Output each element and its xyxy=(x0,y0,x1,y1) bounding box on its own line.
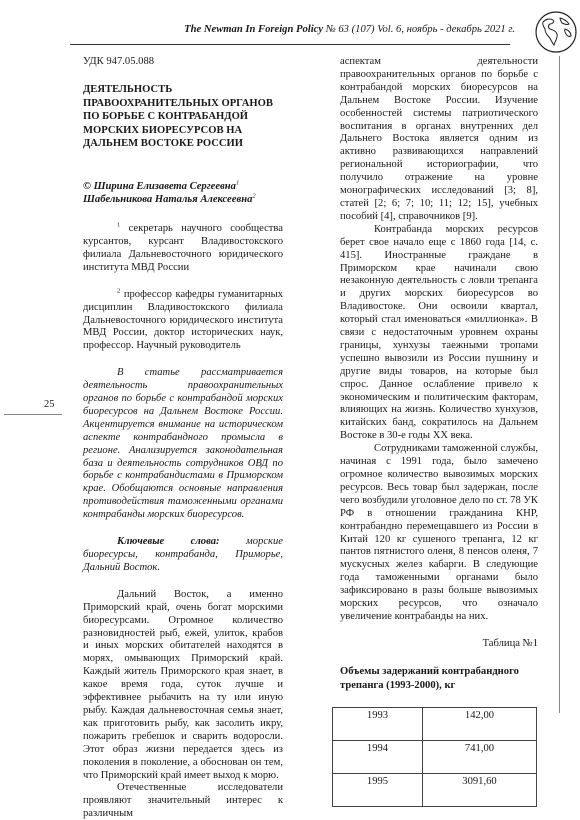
keywords: Ключевые слова: морские биоресурсы, конт… xyxy=(83,536,283,575)
table-row: 1993 142,00 xyxy=(333,707,537,740)
page-number: 25 xyxy=(44,399,55,410)
right-column: аспектам деятельности правоохранительных… xyxy=(340,56,538,807)
body-paragraph: Сотрудниками таможенной службы, начиная … xyxy=(340,443,538,624)
header-rule xyxy=(70,44,510,45)
author-1: © Ширина Елизавета Сергеевна1 xyxy=(83,180,283,194)
journal-name: The Newman In Foreign Policy xyxy=(184,24,323,35)
value-cell: 142,00 xyxy=(423,707,537,740)
author-1-mark: 1 xyxy=(236,179,239,186)
value-cell: 741,00 xyxy=(423,740,537,773)
body-paragraph: аспектам деятельности правоохранительных… xyxy=(340,56,538,224)
page-number-rule xyxy=(4,414,62,415)
running-header: The Newman In Foreign Policy № 63 (107) … xyxy=(0,24,515,35)
year-cell: 1995 xyxy=(333,773,423,806)
year-cell: 1994 xyxy=(333,740,423,773)
table-row: 1994 741,00 xyxy=(333,740,537,773)
globe-icon xyxy=(534,10,578,54)
body-paragraph: Отечественные исследователи проявляют зн… xyxy=(83,782,283,820)
year-cell: 1993 xyxy=(333,707,423,740)
table-label: Таблица №1 xyxy=(340,638,538,651)
affiliation-1: 1 секретарь научного сообщества курсанто… xyxy=(83,223,283,275)
body-paragraph: Дальний Восток, а именно Приморский край… xyxy=(83,589,283,783)
author-2-mark: 2 xyxy=(252,193,255,200)
vertical-rule xyxy=(559,56,560,713)
value-cell: 3091,60 xyxy=(423,773,537,806)
article-title: ДЕЯТЕЛЬНОСТЬ ПРАВООХРАНИТЕЛЬНЫХ ОРГАНОВ … xyxy=(83,83,283,151)
keywords-label: Ключевые слова: xyxy=(117,536,220,547)
author-2: Шабельникова Наталья Алексеевна2 xyxy=(83,193,283,207)
issue-info: № 63 (107) Vol. 6, ноябрь - декабрь 2021… xyxy=(326,24,515,35)
left-column: УДК 947.05.088 ДЕЯТЕЛЬНОСТЬ ПРАВООХРАНИТ… xyxy=(83,56,283,820)
table-row: 1995 3091,60 xyxy=(333,773,537,806)
seizure-table: 1993 142,00 1994 741,00 1995 3091,60 xyxy=(332,707,537,807)
abstract: В статье рассматривается деятельность пр… xyxy=(83,367,283,522)
authors: © Ширина Елизавета Сергеевна1 Шабельнико… xyxy=(83,180,283,207)
udk-code: УДК 947.05.088 xyxy=(83,56,283,69)
affiliation-2: 2 профессор кафедры гуманитарных дисципл… xyxy=(83,289,283,354)
table-title: Объемы задержаний контрабандного трепанг… xyxy=(340,665,538,693)
body-paragraph: Контрабанда морских ресурсов берет свое … xyxy=(340,224,538,443)
